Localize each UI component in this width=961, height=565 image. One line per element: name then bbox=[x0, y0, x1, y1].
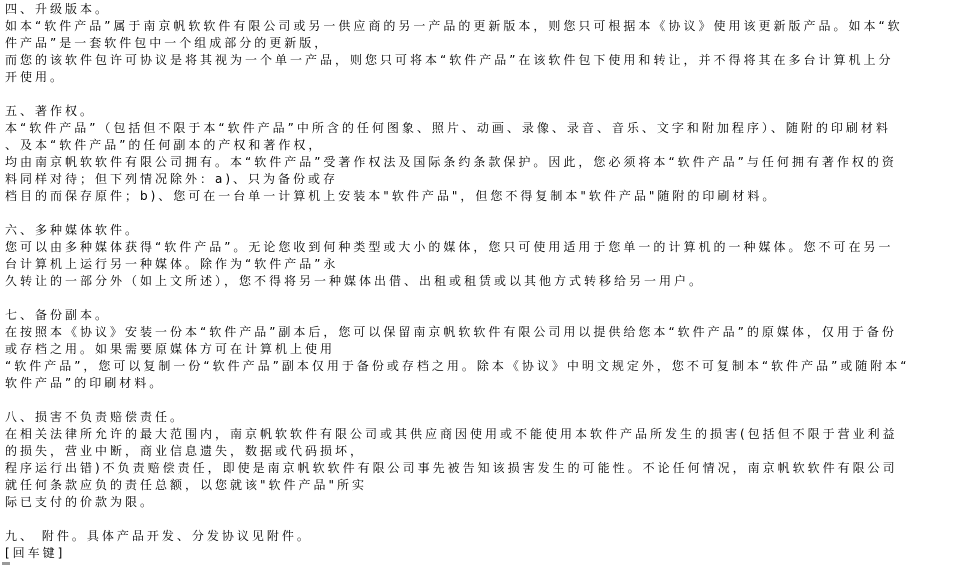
license-agreement-text: 四、升级版本。 如本“软件产品”属于南京帆软软件有限公司或另一供应商的另一产品的… bbox=[5, 1, 961, 562]
text-line: 如本“软件产品”属于南京帆软软件有限公司或另一供应商的另一产品的更新版本，则您只… bbox=[5, 18, 961, 35]
text-line: 您可以由多种媒体获得“软件产品”。无论您收到何种类型或大小的媒体，您只可使用适用… bbox=[5, 239, 961, 256]
blank-line bbox=[5, 511, 961, 528]
blank-line bbox=[5, 392, 961, 409]
text-line: 软件产品”的印刷材料。 bbox=[5, 375, 961, 392]
text-line: 、及本“软件产品”的任何副本的产权和著作权， bbox=[5, 137, 961, 154]
text-line: 五、著作权。 bbox=[5, 103, 961, 120]
text-line: 的损失，营业中断，商业信息遗失，数据或代码损坏， bbox=[5, 443, 961, 460]
text-line: 料同样对待；但下列情况除外：a)、只为备份或存 bbox=[5, 171, 961, 188]
blank-line bbox=[5, 290, 961, 307]
text-line: 就任何条款应负的责任总额，以您就该"软件产品"所实 bbox=[5, 477, 961, 494]
text-line: 际已支付的价款为限。 bbox=[5, 494, 961, 511]
text-line: 在按照本《协议》安装一份本“软件产品”副本后，您可以保留南京帆软软件有限公司用以… bbox=[5, 324, 961, 341]
text-line: 九、 附件。具体产品开发、分发协议见附件。 bbox=[5, 528, 961, 545]
text-line: 八、损害不负责赔偿责任。 bbox=[5, 409, 961, 426]
text-line: 件产品”是一套软件包中一个组成部分的更新版， bbox=[5, 35, 961, 52]
text-line: 本“软件产品”（包括但不限于本“软件产品”中所含的任何图象、照片、动画、录像、录… bbox=[5, 120, 961, 137]
text-line: 四、升级版本。 bbox=[5, 1, 961, 18]
text-line: 均由南京帆软软件有限公司拥有。本“软件产品”受著作权法及国际条约条款保护。因此，… bbox=[5, 154, 961, 171]
blank-line bbox=[5, 205, 961, 222]
text-line: 七、备份副本。 bbox=[5, 307, 961, 324]
text-line: 档目的而保存原件；b)、您可在一台单一计算机上安装本"软件产品"，但您不得复制本… bbox=[5, 188, 961, 205]
text-line: [回车键] bbox=[5, 545, 961, 562]
text-line: 在相关法律所允许的最大范围内，南京帆软软件有限公司或其供应商因使用或不能使用本软… bbox=[5, 426, 961, 443]
text-line: 久转让的一部分外（如上文所述），您不得将另一种媒体出借、出租或租赁或以其他方式转… bbox=[5, 273, 961, 290]
text-line: “软件产品”，您可以复制一份“软件产品”副本仅用于备份或存档之用。除本《协议》中… bbox=[5, 358, 961, 375]
text-line: 程序运行出错)不负责赔偿责任，即使是南京帆软软件有限公司事先被告知该损害发生的可… bbox=[5, 460, 961, 477]
text-line: 开使用。 bbox=[5, 69, 961, 86]
blank-line bbox=[5, 86, 961, 103]
text-line: 或存档之用。如果需要原媒体方可在计算机上使用 bbox=[5, 341, 961, 358]
text-line: 台计算机上运行另一种媒体。除作为“软件产品”永 bbox=[5, 256, 961, 273]
text-line: 而您的该软件包许可协议是将其视为一个单一产品，则您只可将本“软件产品”在该软件包… bbox=[5, 52, 961, 69]
text-line: 六、多种媒体软件。 bbox=[5, 222, 961, 239]
